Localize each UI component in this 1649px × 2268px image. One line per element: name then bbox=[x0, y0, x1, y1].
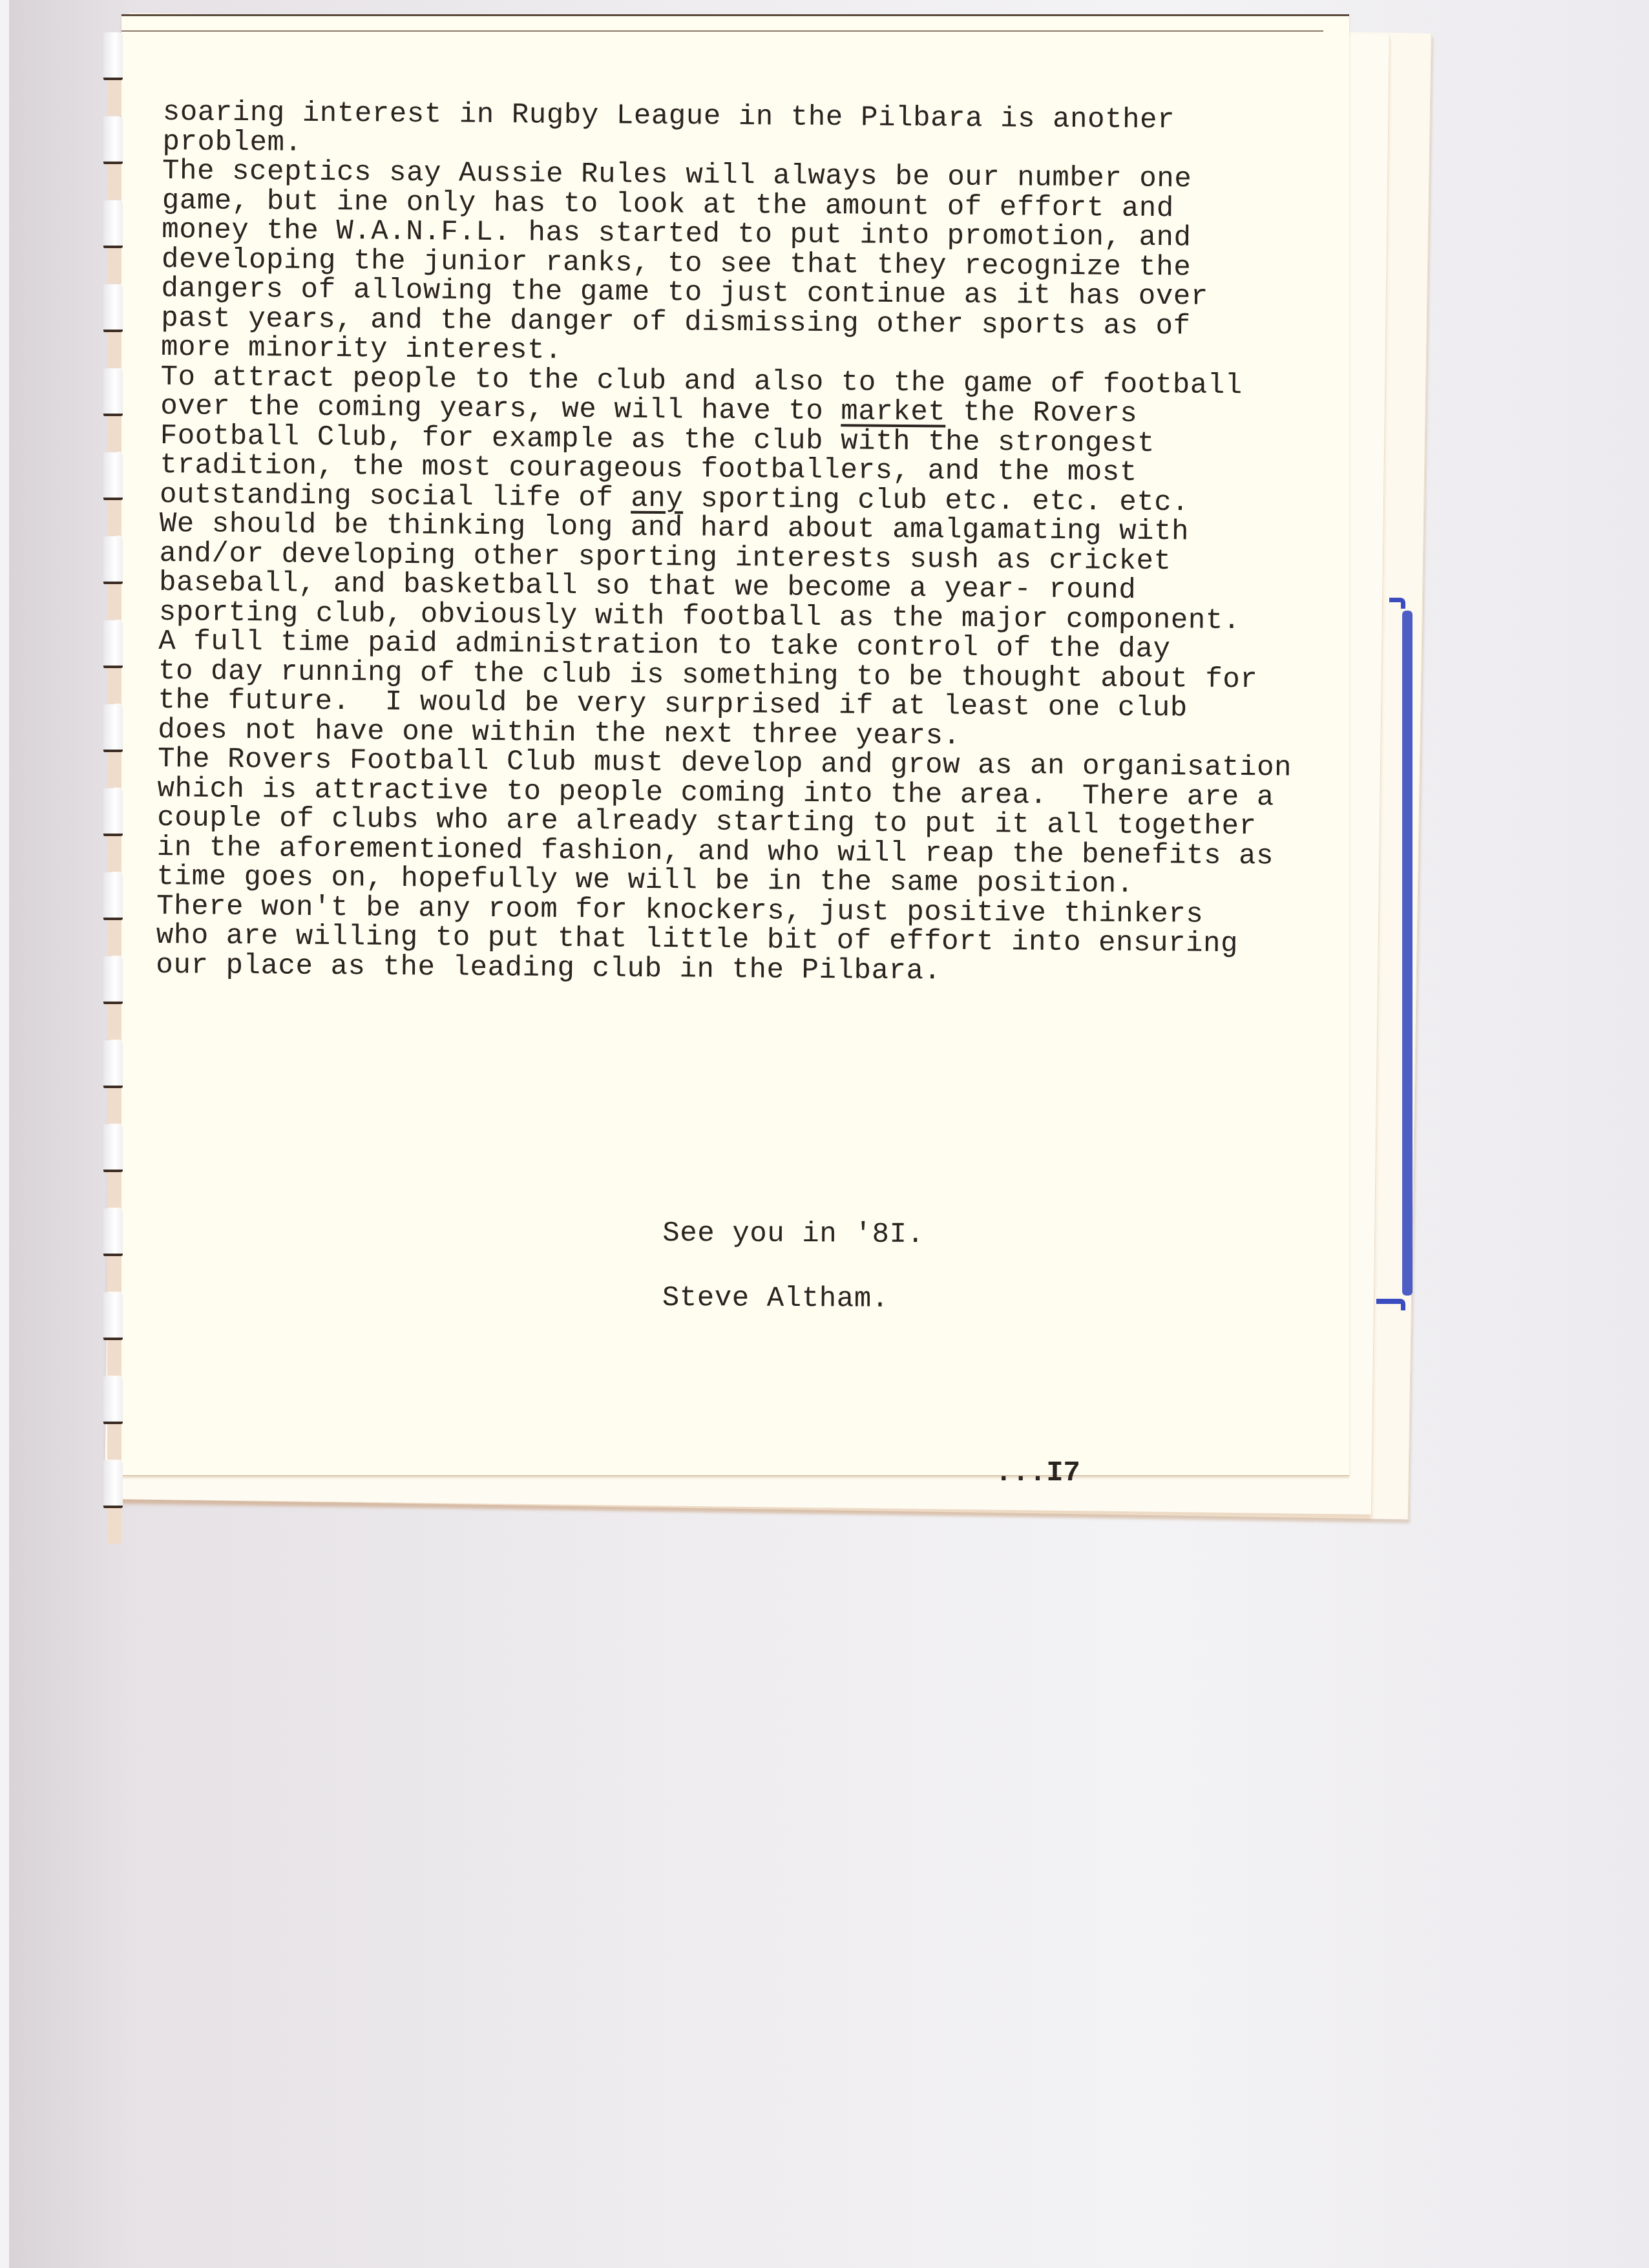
binding-gap bbox=[107, 248, 121, 284]
closing-line: See you in '8I. bbox=[662, 1217, 925, 1283]
binding-gap bbox=[107, 1340, 121, 1376]
binding-coil bbox=[103, 1040, 123, 1088]
binding-gap bbox=[107, 332, 121, 368]
binding-coil bbox=[103, 1208, 123, 1256]
binding-coil bbox=[103, 788, 123, 836]
binding-coil bbox=[103, 956, 123, 1004]
binding-coil bbox=[103, 1376, 123, 1424]
binding-coil bbox=[103, 368, 123, 416]
binding-gap bbox=[107, 836, 121, 872]
binding-coil bbox=[103, 704, 123, 752]
binding-gap bbox=[107, 1172, 121, 1208]
binding-gap bbox=[107, 1508, 121, 1544]
binding-gap bbox=[107, 920, 121, 956]
binding-coil bbox=[103, 1292, 123, 1340]
binding-gap bbox=[107, 416, 121, 452]
binding-gap bbox=[107, 1256, 121, 1292]
bracket-bar bbox=[1402, 611, 1413, 1296]
signature: Steve Altham. bbox=[662, 1282, 924, 1348]
binding-gap bbox=[107, 752, 121, 788]
binding-coil bbox=[103, 32, 123, 80]
binding-coil bbox=[103, 620, 123, 668]
page-number: ...I7 bbox=[995, 1457, 1080, 1489]
binding-coil bbox=[103, 1124, 123, 1172]
binding-coil bbox=[103, 200, 123, 248]
bracket-hook-top bbox=[1389, 598, 1405, 609]
underlined-word: market bbox=[841, 395, 945, 428]
binding-coil bbox=[103, 116, 123, 164]
binding-gap bbox=[107, 500, 121, 536]
binding-coil bbox=[103, 452, 123, 500]
binding-coil bbox=[103, 284, 123, 332]
bracket-hook-bottom bbox=[1376, 1299, 1405, 1310]
binding-gap bbox=[107, 1424, 121, 1460]
binding-gap bbox=[107, 584, 121, 620]
scanner-edge bbox=[0, 0, 9, 2268]
page-fold-line bbox=[121, 30, 1323, 32]
binding-gap bbox=[107, 1004, 121, 1040]
binding-gap bbox=[107, 668, 121, 704]
closing-block: See you in '8I. Steve Altham. bbox=[662, 1217, 924, 1348]
underlined-word: any bbox=[631, 482, 683, 515]
binding-gap bbox=[107, 80, 121, 116]
binding-gap bbox=[107, 164, 121, 200]
binding-coil bbox=[103, 536, 123, 584]
blue-marker-bracket bbox=[1389, 598, 1415, 1308]
spiral-binding bbox=[103, 0, 129, 1480]
binding-coil bbox=[103, 872, 123, 920]
typewritten-body: soaring interest in Rugby League in the … bbox=[156, 98, 1287, 989]
binding-gap bbox=[107, 1088, 121, 1124]
binding-coil bbox=[103, 1460, 123, 1508]
